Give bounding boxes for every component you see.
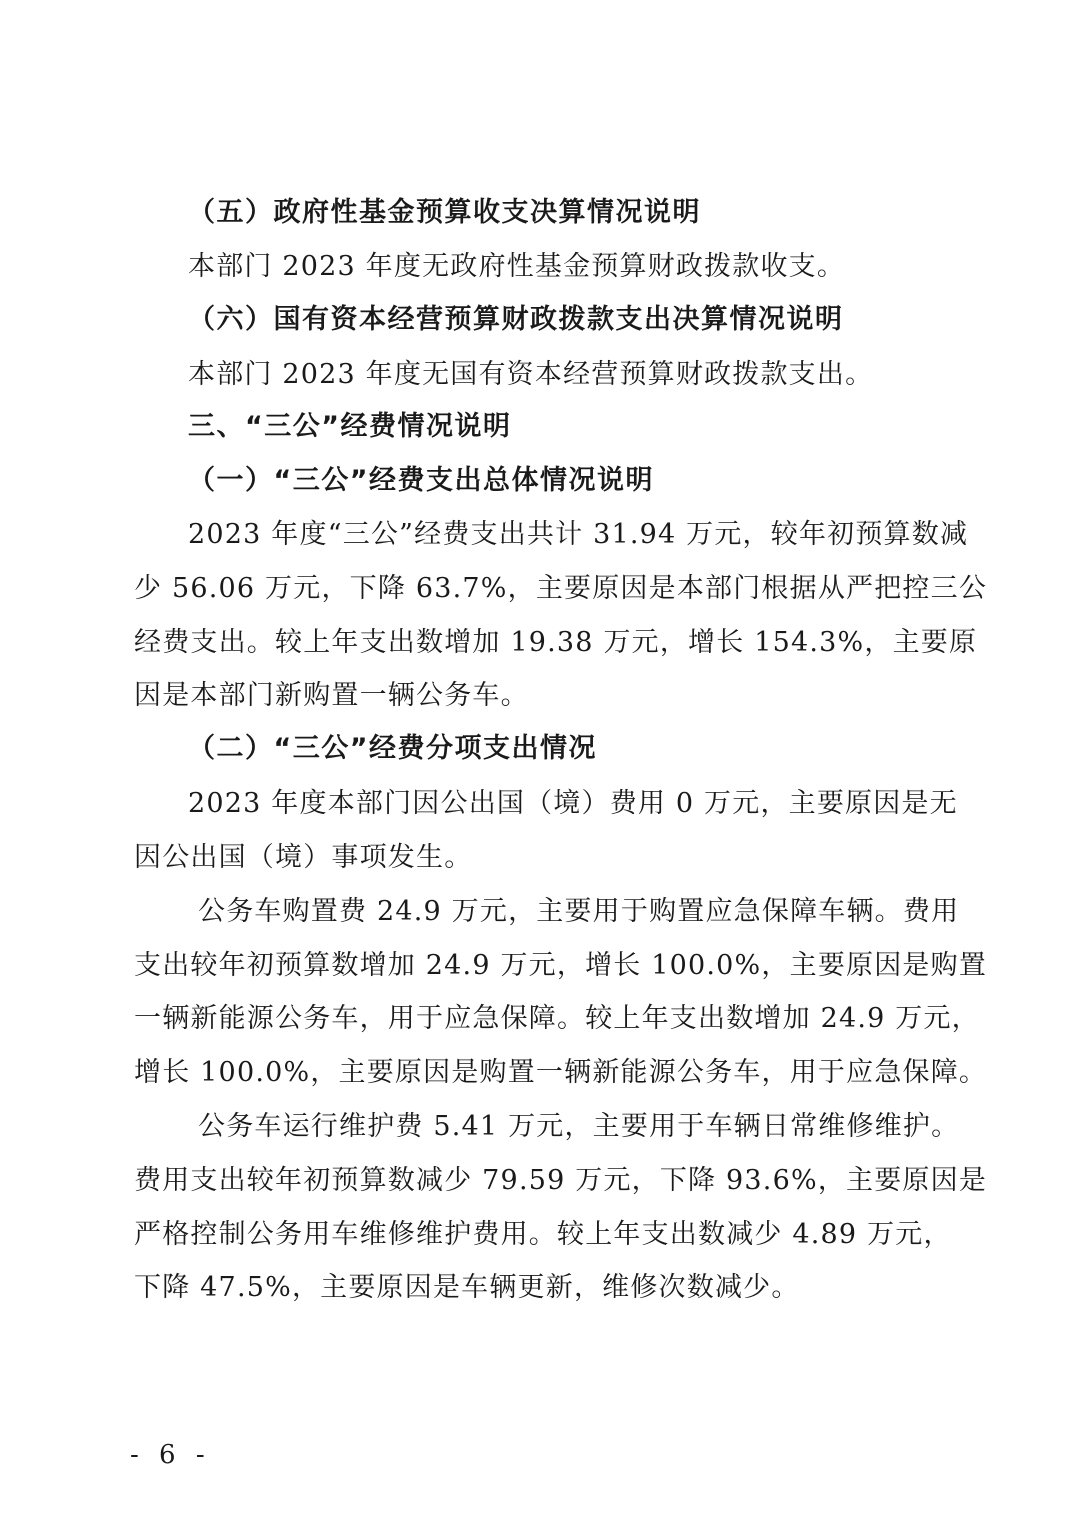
page-number: - 6 -	[130, 1440, 211, 1470]
section-heading-1: （一）“三公”经费支出总体情况说明	[188, 464, 998, 498]
paragraph-line: 公务车运行维护费 5.41 万元，主要用于车辆日常维修维护。	[198, 1110, 944, 1144]
chapter-heading-3: 三、“三公”经费情况说明	[188, 410, 998, 444]
paragraph-line: 费用支出较年初预算数减少 79.59 万元，下降 93.6%，主要原因是	[134, 1164, 944, 1198]
paragraph-line: 因是本部门新购置一辆公务车。	[134, 679, 944, 713]
paragraph-line: 支出较年初预算数增加 24.9 万元，增长 100.0%，主要原因是购置	[134, 949, 944, 983]
section-heading-2: （二）“三公”经费分项支出情况	[188, 732, 998, 766]
document-page: （五）政府性基金预算收支决算情况说明 本部门 2023 年度无政府性基金预算财政…	[0, 0, 1075, 1520]
paragraph-line: 2023 年度本部门因公出国（境）费用 0 万元，主要原因是无	[188, 787, 944, 821]
paragraph-line: 2023 年度“三公”经费支出共计 31.94 万元，较年初预算数减	[188, 518, 944, 552]
paragraph-line: 少 56.06 万元，下降 63.7%，主要原因是本部门根据从严把控三公	[134, 572, 944, 606]
paragraph-line: 一辆新能源公务车，用于应急保障。较上年支出数增加 24.9 万元，	[134, 1002, 944, 1036]
paragraph-line: 下降 47.5%，主要原因是车辆更新，维修次数减少。	[134, 1271, 944, 1305]
paragraph-line: 严格控制公务用车维修维护费用。较上年支出数减少 4.89 万元，	[134, 1218, 944, 1252]
paragraph-line: 本部门 2023 年度无国有资本经营预算财政拨款支出。	[188, 358, 944, 392]
section-heading-5: （五）政府性基金预算收支决算情况说明	[188, 196, 998, 230]
paragraph-line: 本部门 2023 年度无政府性基金预算财政拨款收支。	[188, 250, 944, 284]
paragraph-line: 因公出国（境）事项发生。	[134, 841, 944, 875]
paragraph-line: 增长 100.0%，主要原因是购置一辆新能源公务车，用于应急保障。	[134, 1056, 944, 1090]
paragraph-line: 经费支出。较上年支出数增加 19.38 万元，增长 154.3%，主要原	[134, 626, 944, 660]
paragraph-line: 公务车购置费 24.9 万元，主要用于购置应急保障车辆。费用	[198, 895, 944, 929]
section-heading-6: （六）国有资本经营预算财政拨款支出决算情况说明	[188, 303, 998, 337]
